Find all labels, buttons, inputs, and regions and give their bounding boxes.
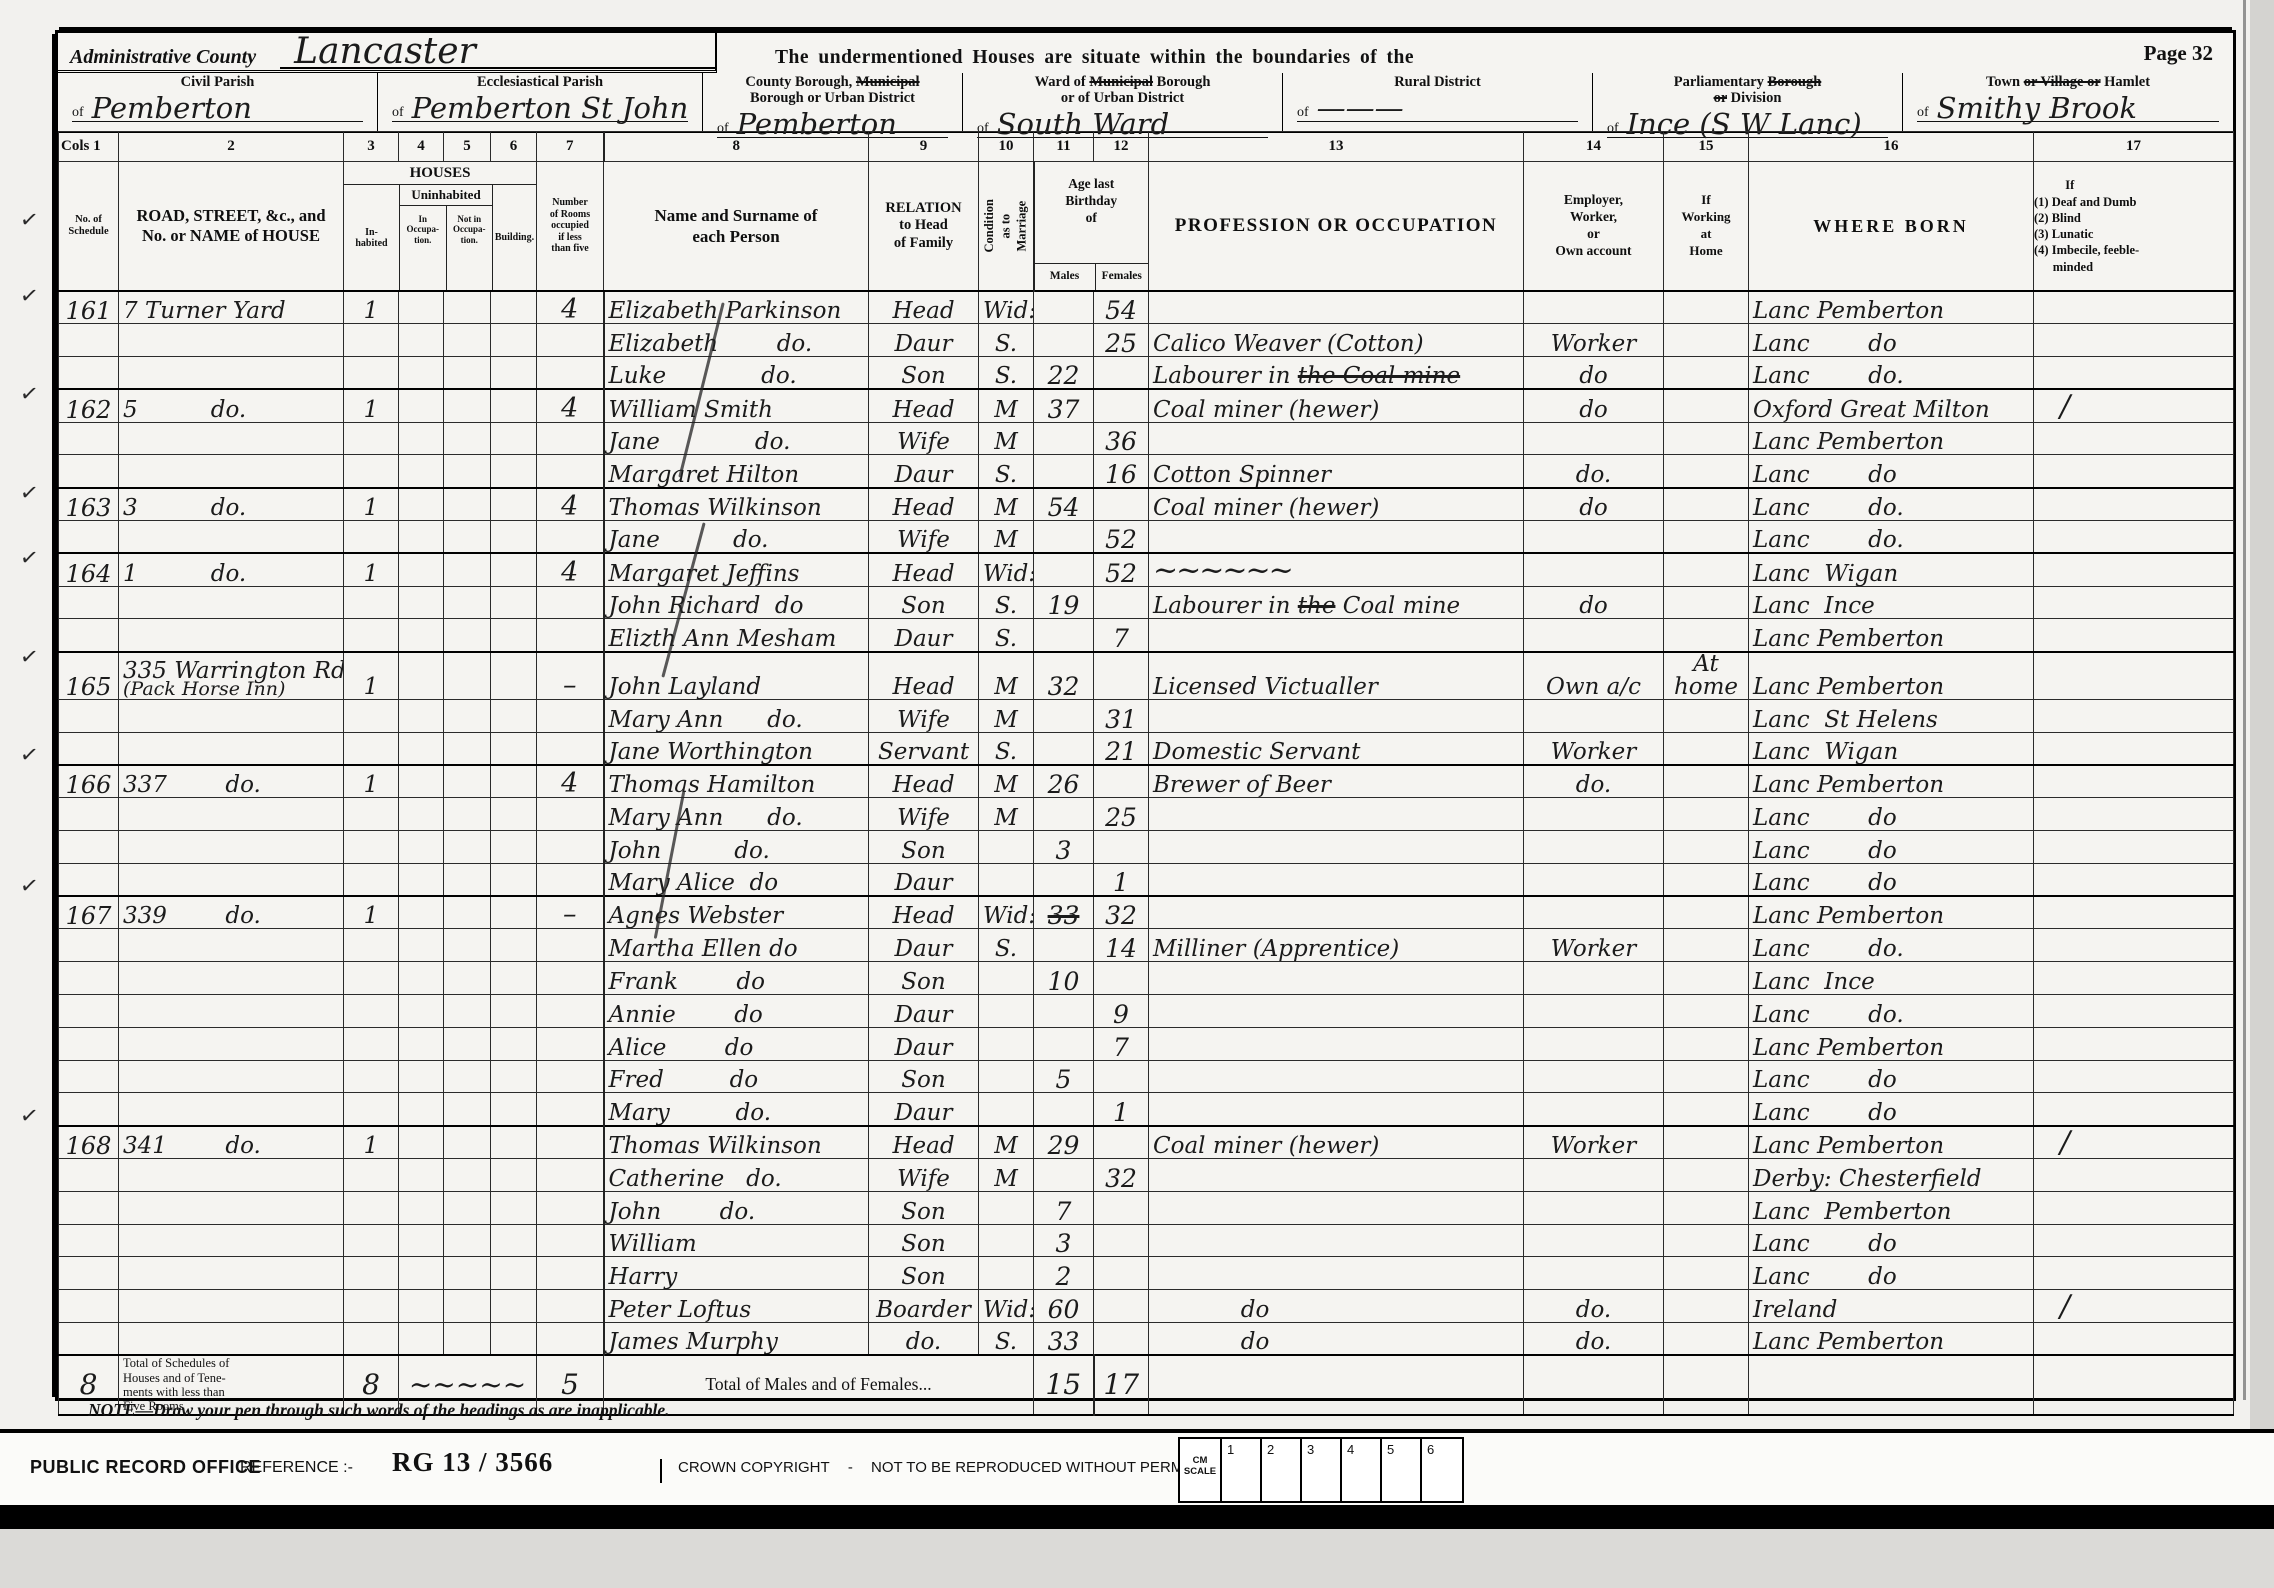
header-relation: RELATION to Head of Family [869, 162, 979, 292]
header-field-value: Smithy Brook [1937, 95, 2137, 121]
col-number: 5 [444, 132, 491, 162]
cell-at-home [1664, 765, 1749, 798]
cell-inhabited [344, 357, 399, 390]
cell-schedule-no [59, 619, 119, 652]
cell-uninhab-not-occupation [444, 896, 491, 929]
cell-relation: Head [869, 389, 979, 422]
cell-occupation [1149, 1093, 1524, 1126]
cell-age-male: 5 [1034, 1060, 1094, 1093]
cell-occupation [1149, 422, 1524, 455]
cell-road [119, 1191, 344, 1224]
cell-name: Annie do [604, 994, 869, 1027]
cell-building [491, 962, 537, 995]
crown-copyright-text: CROWN COPYRIGHT [678, 1459, 830, 1476]
cell-condition: M [979, 765, 1034, 798]
cell-condition [979, 863, 1034, 896]
cell-uninhab-in-occupation [399, 619, 444, 652]
cell-name: John do. [604, 830, 869, 863]
cell-schedule-no [59, 1093, 119, 1126]
cell-name: John do. [604, 1191, 869, 1224]
cell-inhabited [344, 1322, 399, 1355]
cell-infirmity [2034, 732, 2234, 765]
col-number: 2 [119, 132, 344, 162]
cell-name: Mary do. [604, 1093, 869, 1126]
header-profession: PROFESSION OR OCCUPATION [1149, 162, 1524, 292]
cell-schedule-no [59, 357, 119, 390]
cell-condition: Wid: [979, 1290, 1034, 1323]
cell-building [491, 765, 537, 798]
cell-uninhab-not-occupation [444, 732, 491, 765]
cell-name: Margaret Hilton [604, 455, 869, 488]
cell-uninhab-in-occupation [399, 291, 444, 324]
cell-infirmity [2034, 619, 2234, 652]
header-not-in-occupation: Not in Occupa- tion. [447, 206, 493, 290]
cell-rooms [537, 1191, 604, 1224]
total-males-value: 15 [1034, 1355, 1094, 1415]
cell-inhabited [344, 1093, 399, 1126]
household-start-row: 167339 do.1–Agnes WebsterHeadWid:3332Lan… [59, 896, 2234, 929]
cell-age-female [1094, 1257, 1149, 1290]
cell-infirmity [2034, 553, 2234, 586]
cell-uninhab-in-occupation [399, 455, 444, 488]
cell-employer [1524, 798, 1664, 831]
cell-infirmity [2034, 798, 2234, 831]
cell-rooms [537, 455, 604, 488]
cell-relation: Son [869, 1060, 979, 1093]
cell-age-female [1094, 1224, 1149, 1257]
scan-bottom-margin [0, 1529, 2274, 1588]
person-row: Catherine do.WifeM32Derby: Chesterfield [59, 1158, 2234, 1191]
cell-name: William [604, 1224, 869, 1257]
cell-uninhab-not-occupation [444, 1191, 491, 1224]
cell-schedule-no [59, 1191, 119, 1224]
reference-number: RG 13 / 3566 [392, 1447, 553, 1478]
cell-uninhab-in-occupation [399, 765, 444, 798]
cell-uninhab-not-occupation [444, 324, 491, 357]
cell-uninhab-not-occupation [444, 357, 491, 390]
cell-where-born: Lanc do [1749, 324, 2034, 357]
cm-scale-cell: 5 [1382, 1439, 1422, 1501]
cell-infirmity [2034, 994, 2234, 1027]
cell-schedule-no [59, 732, 119, 765]
cell-road: 339 do. [119, 896, 344, 929]
cell-employer: do [1524, 488, 1664, 521]
cell-at-home [1664, 1257, 1749, 1290]
cell-rooms [537, 1060, 604, 1093]
cell-schedule-no: 166 [59, 765, 119, 798]
cell-occupation [1149, 863, 1524, 896]
cell-uninhab-not-occupation [444, 521, 491, 554]
cell-building [491, 488, 537, 521]
census-table: Cols 1 2 3 4 5 6 7 8 9 10 11 12 13 14 15… [58, 131, 2234, 1416]
cell-employer [1524, 1027, 1664, 1060]
cell-rooms [537, 1290, 604, 1323]
cell-road [119, 357, 344, 390]
cell-road [119, 1322, 344, 1355]
col-number: 17 [2034, 132, 2234, 162]
cell-uninhab-not-occupation [444, 1060, 491, 1093]
cell-building [491, 1158, 537, 1191]
household-start-row: 1641 do.14Margaret JeffinsHeadWid:52~~~~… [59, 553, 2234, 586]
cell-age-female [1094, 357, 1149, 390]
header-field-value: Pemberton St John [412, 95, 689, 121]
col-number: 3 [344, 132, 399, 162]
cell-employer: do. [1524, 765, 1664, 798]
cell-uninhab-in-occupation [399, 863, 444, 896]
cell-building [491, 324, 537, 357]
totals-empty-cell [1149, 1355, 1524, 1415]
header-building: Building. [493, 185, 536, 290]
cell-relation: Son [869, 357, 979, 390]
cell-rooms [537, 732, 604, 765]
cell-building [491, 1093, 537, 1126]
header-field-town-hamlet: Town or Village or HamletofSmithy Brook [1903, 73, 2233, 131]
cell-rooms [537, 863, 604, 896]
cell-rooms [537, 994, 604, 1027]
cell-condition: S. [979, 732, 1034, 765]
cell-at-home [1664, 422, 1749, 455]
cell-age-female: 54 [1094, 291, 1149, 324]
cell-rooms [537, 962, 604, 995]
cell-employer: do [1524, 389, 1664, 422]
headings-note: NOTE—Draw your pen through such words of… [88, 1400, 669, 1421]
cell-road [119, 1060, 344, 1093]
cell-where-born: Lanc do. [1749, 357, 2034, 390]
cell-where-born: Lanc do [1749, 1257, 2034, 1290]
cell-where-born: Lanc do [1749, 1060, 2034, 1093]
cell-condition: M [979, 652, 1034, 700]
cell-employer: Worker [1524, 324, 1664, 357]
header-infirmity: If (1) Deaf and Dumb (2) Blind (3) Lunat… [2034, 162, 2234, 292]
cell-relation: Wife [869, 798, 979, 831]
cell-rooms [537, 619, 604, 652]
cell-uninhab-in-occupation [399, 929, 444, 962]
cell-road [119, 1027, 344, 1060]
cell-inhabited: 1 [344, 389, 399, 422]
cell-uninhab-in-occupation [399, 1158, 444, 1191]
cell-age-female: 9 [1094, 994, 1149, 1027]
cell-road [119, 929, 344, 962]
col-number: 11 [1034, 132, 1094, 162]
cell-occupation [1149, 1027, 1524, 1060]
cell-schedule-no [59, 699, 119, 732]
cell-rooms [537, 699, 604, 732]
cell-rooms: 4 [537, 389, 604, 422]
header-field-ecclesiastical-parish: Ecclesiastical ParishofPemberton St John [378, 73, 703, 131]
scan-edge-line [2243, 0, 2246, 1400]
administrative-county-label: Administrative County [70, 46, 256, 69]
column-numbers-row: Cols 1 2 3 4 5 6 7 8 9 10 11 12 13 14 15… [59, 132, 2234, 162]
cell-age-female: 52 [1094, 553, 1149, 586]
cell-where-born: Lanc Pemberton [1749, 619, 2034, 652]
header-houses: HOUSES [344, 162, 536, 185]
cell-relation: Wife [869, 521, 979, 554]
cell-occupation [1149, 896, 1524, 929]
cell-infirmity [2034, 1158, 2234, 1191]
cell-at-home [1664, 291, 1749, 324]
cell-building [491, 1126, 537, 1159]
cell-name: Elizabeth do. [604, 324, 869, 357]
cell-occupation: Calico Weaver (Cotton) [1149, 324, 1524, 357]
cell-inhabited: 1 [344, 652, 399, 700]
cell-uninhab-in-occupation [399, 699, 444, 732]
cell-name: Fred do [604, 1060, 869, 1093]
cell-age-female: 32 [1094, 1158, 1149, 1191]
cell-condition: S. [979, 324, 1034, 357]
cell-where-born: Lanc do. [1749, 521, 2034, 554]
cell-employer: do [1524, 357, 1664, 390]
person-row: Luke do.SonS.22Labourer in the Coal mine… [59, 357, 2234, 390]
cell-uninhab-not-occupation [444, 863, 491, 896]
cell-age-female [1094, 1191, 1149, 1224]
cell-occupation: Coal miner (hewer) [1149, 1126, 1524, 1159]
cell-uninhab-in-occupation [399, 896, 444, 929]
cell-condition: M [979, 798, 1034, 831]
cell-relation: Wife [869, 422, 979, 455]
cell-where-born: Lanc do [1749, 1093, 2034, 1126]
household-start-row: 1633 do.14Thomas WilkinsonHeadM54Coal mi… [59, 488, 2234, 521]
cell-inhabited [344, 324, 399, 357]
cell-road [119, 863, 344, 896]
cell-condition: M [979, 389, 1034, 422]
household-start-row: 166337 do.14Thomas HamiltonHeadM26Brewer… [59, 765, 2234, 798]
cell-age-female: 25 [1094, 324, 1149, 357]
person-row: Martha Ellen doDaurS.14Milliner (Apprent… [59, 929, 2234, 962]
cell-where-born: Lanc Pemberton [1749, 1126, 2034, 1159]
cell-relation: Servant [869, 732, 979, 765]
footer-strip: PUBLIC RECORD OFFICE REFERENCE :- RG 13 … [0, 1433, 2274, 1505]
cell-uninhab-in-occupation [399, 422, 444, 455]
cell-employer [1524, 619, 1664, 652]
cell-where-born: Lanc Pemberton [1749, 291, 2034, 324]
cell-employer: do. [1524, 455, 1664, 488]
cell-inhabited [344, 699, 399, 732]
cell-at-home [1664, 962, 1749, 995]
cell-name: Catherine do. [604, 1158, 869, 1191]
cell-name: Mary Ann do. [604, 798, 869, 831]
cell-where-born: Lanc do. [1749, 994, 2034, 1027]
cell-schedule-no [59, 830, 119, 863]
cell-building [491, 291, 537, 324]
cell-rooms [537, 1257, 604, 1290]
cm-scale-cell: 1 [1222, 1439, 1262, 1501]
col-number: 10 [979, 132, 1034, 162]
cell-building [491, 1027, 537, 1060]
cell-uninhab-not-occupation [444, 389, 491, 422]
household-start-row: 1617 Turner Yard14Elizabeth ParkinsonHea… [59, 291, 2234, 324]
cell-building [491, 699, 537, 732]
locality-header-band: Civil ParishofPembertonEcclesiastical Pa… [58, 73, 2233, 133]
cell-uninhab-in-occupation [399, 1027, 444, 1060]
person-row: Jane do.WifeM36Lanc Pemberton [59, 422, 2234, 455]
cell-road [119, 830, 344, 863]
cell-at-home [1664, 389, 1749, 422]
cell-building [491, 1224, 537, 1257]
total-females-value: 17 [1094, 1355, 1149, 1415]
cell-infirmity [2034, 1224, 2234, 1257]
person-row: Elizth Ann MeshamDaurS.7Lanc Pemberton [59, 619, 2234, 652]
cell-rooms [537, 929, 604, 962]
cell-inhabited [344, 732, 399, 765]
cell-road [119, 422, 344, 455]
cell-building [491, 830, 537, 863]
cell-where-born: Oxford Great Milton [1749, 389, 2034, 422]
census-form: Administrative County Lancaster The unde… [55, 30, 2236, 1401]
header-in-occupation: In Occupa- tion. [400, 206, 447, 290]
cell-building [491, 1191, 537, 1224]
household-start-row: 1625 do.14William SmithHeadM37Coal miner… [59, 389, 2234, 422]
cell-age-male [1034, 422, 1094, 455]
cell-condition [979, 830, 1034, 863]
col-number: Cols 1 [59, 132, 119, 162]
cell-name: Harry [604, 1257, 869, 1290]
cm-scale-cell: 3 [1302, 1439, 1342, 1501]
cell-employer [1524, 422, 1664, 455]
cell-employer [1524, 1257, 1664, 1290]
cell-at-home [1664, 863, 1749, 896]
cell-infirmity [2034, 1060, 2234, 1093]
cell-relation: Daur [869, 1027, 979, 1060]
cell-infirmity [2034, 521, 2234, 554]
cell-infirmity [2034, 1027, 2234, 1060]
cell-relation: Head [869, 652, 979, 700]
cell-road: 335 Warrington Rd(Pack Horse Inn) [119, 652, 344, 700]
cell-name: Thomas Hamilton [604, 765, 869, 798]
header-uninhabited: Uninhabited [400, 185, 492, 206]
top-header-band: Administrative County Lancaster The unde… [58, 33, 2233, 73]
cell-uninhab-not-occupation [444, 291, 491, 324]
cell-uninhab-in-occupation [399, 324, 444, 357]
cell-employer [1524, 1093, 1664, 1126]
cell-relation: Head [869, 1126, 979, 1159]
cell-where-born: Lanc Pemberton [1749, 652, 2034, 700]
cell-building [491, 929, 537, 962]
cell-relation: Son [869, 1224, 979, 1257]
column-headers-row: No. of Schedule ROAD, STREET, &c., and N… [59, 162, 2234, 292]
cell-occupation: Cotton Spinner [1149, 455, 1524, 488]
cell-occupation [1149, 962, 1524, 995]
cell-age-female [1094, 1060, 1149, 1093]
administrative-county-field: Administrative County Lancaster [58, 33, 717, 73]
cell-inhabited [344, 929, 399, 962]
cell-rooms: 4 [537, 291, 604, 324]
cell-name: William Smith [604, 389, 869, 422]
cell-age-male [1034, 455, 1094, 488]
reference-label: REFERENCE :- [240, 1459, 353, 1477]
col-number: 12 [1094, 132, 1149, 162]
cell-inhabited [344, 1224, 399, 1257]
cell-schedule-no [59, 1290, 119, 1323]
cell-infirmity [2034, 586, 2234, 619]
cell-building [491, 1257, 537, 1290]
header-field-civil-parish: Civil ParishofPemberton [58, 73, 378, 131]
cell-schedule-no [59, 863, 119, 896]
cell-infirmity [2034, 962, 2234, 995]
header-field-ward: Ward of Municipal Borough or of Urban Di… [963, 73, 1283, 131]
cell-age-male: 37 [1034, 389, 1094, 422]
cell-name: James Murphy [604, 1322, 869, 1355]
cell-inhabited [344, 521, 399, 554]
of-label: of [1917, 105, 1937, 121]
col-number: 9 [869, 132, 979, 162]
cell-relation: Son [869, 962, 979, 995]
cell-building [491, 357, 537, 390]
cell-relation: Head [869, 488, 979, 521]
cell-at-home [1664, 994, 1749, 1027]
cell-relation: Daur [869, 863, 979, 896]
cell-road [119, 962, 344, 995]
header-field-value: Pemberton [92, 95, 252, 121]
cell-condition [979, 994, 1034, 1027]
cell-schedule-no [59, 324, 119, 357]
cell-schedule-no: 163 [59, 488, 119, 521]
cell-condition: S. [979, 586, 1034, 619]
person-row: Mary Ann do.WifeM25Lanc do [59, 798, 2234, 831]
cell-schedule-no: 162 [59, 389, 119, 422]
cell-age-female: 7 [1094, 619, 1149, 652]
cell-building [491, 863, 537, 896]
cell-where-born: Lanc do [1749, 1224, 2034, 1257]
totals-empty-cell [1664, 1355, 1749, 1415]
cell-infirmity: / [2034, 1290, 2234, 1323]
person-row: WilliamSon3Lanc do [59, 1224, 2234, 1257]
cell-occupation: Coal miner (hewer) [1149, 389, 1524, 422]
cell-infirmity [2034, 765, 2234, 798]
cell-road: 3 do. [119, 488, 344, 521]
cell-employer [1524, 1158, 1664, 1191]
cell-rooms [537, 586, 604, 619]
cell-relation: Boarder [869, 1290, 979, 1323]
cell-occupation [1149, 1257, 1524, 1290]
cell-rooms [537, 1224, 604, 1257]
cell-road [119, 699, 344, 732]
person-row: Margaret HiltonDaurS.16Cotton Spinnerdo.… [59, 455, 2234, 488]
cell-road [119, 619, 344, 652]
cell-where-born: Lanc Ince [1749, 962, 2034, 995]
cell-employer: Worker [1524, 929, 1664, 962]
header-houses-group: HOUSES In- habited Uninhabited In Occupa… [344, 162, 537, 292]
cell-occupation [1149, 1224, 1524, 1257]
cell-name: Margaret Jeffins [604, 553, 869, 586]
cell-building [491, 389, 537, 422]
cell-rooms: – [537, 652, 604, 700]
cell-road [119, 798, 344, 831]
cell-uninhab-in-occupation [399, 994, 444, 1027]
cell-road [119, 324, 344, 357]
cell-occupation [1149, 699, 1524, 732]
cell-road: 337 do. [119, 765, 344, 798]
cell-uninhab-not-occupation [444, 1126, 491, 1159]
cell-employer: do. [1524, 1290, 1664, 1323]
cell-at-home [1664, 1060, 1749, 1093]
situate-statement: The undermentioned Houses are situate wi… [717, 33, 2144, 73]
cell-occupation [1149, 291, 1524, 324]
cell-employer: Worker [1524, 732, 1664, 765]
cell-inhabited [344, 798, 399, 831]
cell-occupation: Domestic Servant [1149, 732, 1524, 765]
cell-road [119, 1290, 344, 1323]
cell-infirmity [2034, 324, 2234, 357]
cell-uninhab-not-occupation [444, 699, 491, 732]
cell-age-male: 7 [1034, 1191, 1094, 1224]
cell-employer [1524, 553, 1664, 586]
cell-schedule-no [59, 994, 119, 1027]
cell-age-male: 33 [1034, 1322, 1094, 1355]
cell-schedule-no [59, 455, 119, 488]
cell-uninhab-in-occupation [399, 798, 444, 831]
copyright-dash: - [848, 1459, 853, 1476]
cell-occupation: Labourer in the Coal mine [1149, 357, 1524, 390]
